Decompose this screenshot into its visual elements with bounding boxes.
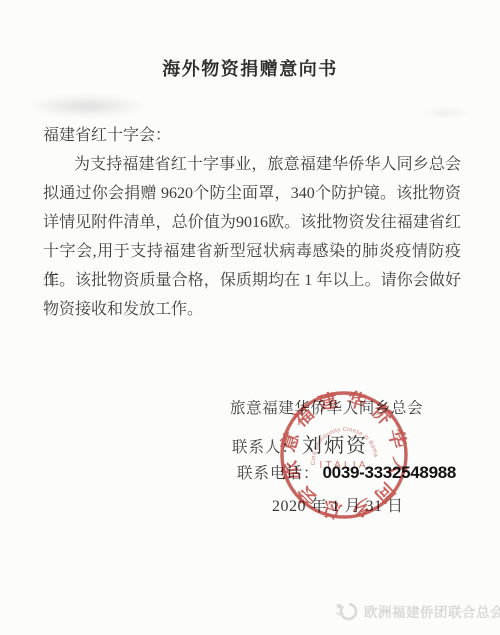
seal-ring-text: 旅意福建华侨华人同乡总会 <box>277 388 411 522</box>
seal-center-text: ITALIA <box>319 459 368 471</box>
watermark-footer: 欧洲福建侨团联合总会 <box>335 599 500 623</box>
watermark-logo-icon <box>335 600 359 622</box>
watermark-text: 欧洲福建侨团联合总会 <box>364 601 500 621</box>
letter-body: 福建省红十字会： 为支持福建省红十字事业，旅意福建华侨华人同乡总会 拟通过你会捐… <box>43 121 461 324</box>
body-line: 为支持福建省红十字事业，旅意福建华侨华人同乡总会 <box>43 150 461 179</box>
body-line: 物资接收和发放工作。 <box>43 295 461 324</box>
scanned-letter-page: 海外物资捐赠意向书 福建省红十字会： 为支持福建省红十字事业，旅意福建华侨华人同… <box>0 0 500 635</box>
red-round-seal: 旅意福建华侨华人同乡总会 Cina Community Cinese di Ro… <box>277 388 411 522</box>
document-title: 海外物资捐赠意向书 <box>0 55 500 81</box>
salutation: 福建省红十字会： <box>43 121 461 150</box>
body-line: 十字会,用于支持福建省新型冠状病毒感染的肺炎疫情防疫工 <box>43 237 461 266</box>
scan-artifact <box>420 108 470 118</box>
body-line: 详情见附件清单，总价值为9016欧。该批物资发往福建省红 <box>43 208 461 237</box>
seal-graphic: 旅意福建华侨华人同乡总会 Cina Community Cinese di Ro… <box>277 388 411 522</box>
scan-artifact <box>26 95 148 117</box>
body-line: 作。该批物资质量合格，保质期均在 1 年以上。请你会做好 <box>43 266 461 295</box>
body-line: 拟通过你会捐赠 9620个防尘面罩，340个防护镜。该批物资 <box>43 179 461 208</box>
